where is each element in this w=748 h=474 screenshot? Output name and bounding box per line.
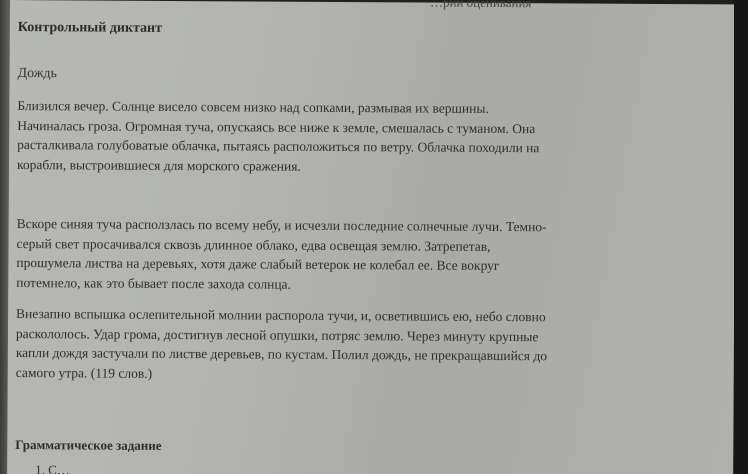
page-right-edge xyxy=(734,0,748,474)
top-cut-text: …рии оценивания xyxy=(430,0,532,11)
list-item-fragment: 1. С… xyxy=(35,462,70,474)
text-line: корабли, выстроившиеся для морского сраж… xyxy=(17,155,737,179)
section-title-grammar: Грамматическое задание xyxy=(15,437,161,454)
document-title: Контрольный диктант xyxy=(18,20,162,37)
paragraph-2: Вскоре синяя туча расползлась по всему н… xyxy=(16,214,736,296)
paragraph-1: Близился вечер. Солнце висело совсем низ… xyxy=(17,96,737,178)
text-line: самого утра. (119 слов.) xyxy=(16,363,736,387)
text-line: потемнело, как это бывает после захода с… xyxy=(16,273,736,297)
dictation-title: Дождь xyxy=(17,66,56,82)
paragraph-3: Внезапно вспышка ослепительной молнии ра… xyxy=(16,304,736,386)
document-page: …рии оценивания Контрольный диктант Дожд… xyxy=(7,0,736,474)
